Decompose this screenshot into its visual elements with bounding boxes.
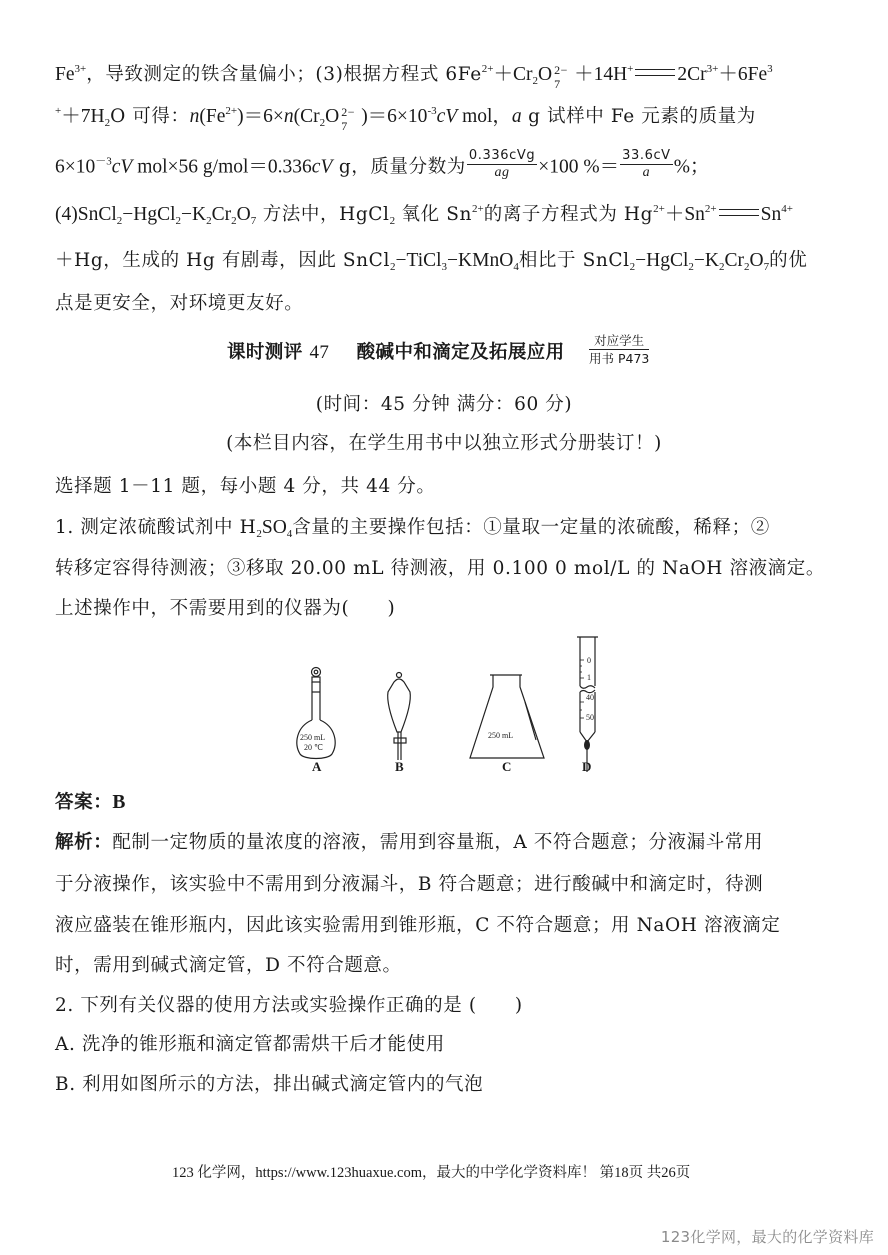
figure-label-b: B [395, 759, 404, 775]
figure-label-d: D [582, 759, 591, 775]
section-title: 课时测评 47 酸碱中和滴定及拓展应用 [227, 341, 565, 365]
continuation-line-3: 6×10－3cV mol×56 g/mol＝0.336cV g，质量分数为0.3… [55, 151, 840, 184]
analysis-line-3: 液应盛装在锥形瓶内，因此该实验需用到锥形瓶，C 不符合题意；用 NaOH 溶液滴… [55, 913, 840, 939]
svg-text:40: 40 [586, 693, 594, 702]
reaction-equals-sign [719, 209, 759, 216]
percent-fraction: 33.6cVa [620, 148, 673, 181]
figure-label-a: A [312, 759, 321, 775]
continuation-line-5: ＋Hg，生成的 Hg 有剧毒，因此 SnCl2−TiCl3−KMnO4相比于 S… [55, 248, 840, 274]
charge-subscript: 2−7 [339, 105, 361, 125]
analysis-line-2: 于分液操作，该实验中不需用到分液漏斗，B 符合题意；进行酸碱中和滴定时，待测 [55, 872, 840, 898]
continuation-line-2: +＋7H2O 可得：n(Fe2+)＝6×n(Cr2O2−7)＝6×10-3cV … [55, 104, 840, 130]
question-2-stem: 2. 下列有关仪器的使用方法或实验操作正确的是 ( ) [55, 993, 840, 1019]
reaction-equals-sign [635, 69, 675, 76]
question-2-option-b: B. 利用如图所示的方法，排出碱式滴定管内的气泡 [55, 1072, 840, 1098]
continuation-line-6: 点是更安全，对环境更友好。 [55, 291, 840, 317]
svg-text:1: 1 [587, 673, 591, 682]
continuation-line-4: (4)SnCl2−HgCl2−K2Cr2O7 方法中，HgCl2 氧化 Sn2+… [55, 202, 840, 228]
student-book-reference: 对应学生 用书 P473 [589, 333, 649, 368]
svg-text:20 ℃: 20 ℃ [304, 743, 323, 752]
analysis-line-4: 时，需用到碱式滴定管，D 不符合题意。 [55, 953, 840, 979]
svg-text:250 mL: 250 mL [488, 731, 513, 740]
watermark: 123化学网，最大的化学资料库 [661, 1226, 874, 1247]
question-1-line-3: 上述操作中，不需要用到的仪器为( ) [55, 596, 840, 622]
continuation-line-1: Fe3+，导致测定的铁含量偏小；(3)根据方程式 6Fe2+＋Cr2O2−7＋1… [55, 62, 840, 88]
charge-subscript: 2−7 [552, 63, 574, 83]
svg-text:0: 0 [587, 656, 591, 665]
binding-note: (本栏目内容，在学生用书中以独立形式分册装订！) [0, 432, 888, 456]
question-2-option-a: A. 洗净的锥形瓶和滴定管都需烘干后才能使用 [55, 1032, 840, 1058]
mass-fraction: 0.336cVgag [467, 148, 537, 181]
question-1-line-2: 转移定容得待测液；③移取 20.00 mL 待测液，用 0.100 0 mol/… [55, 556, 840, 582]
document-page: Fe3+，导致测定的铁含量偏小；(3)根据方程式 6Fe2+＋Cr2O2−7＋1… [0, 0, 888, 1255]
time-info: (时间：45 分钟 满分：60 分) [0, 393, 888, 417]
instructions: 选择题 1－11 题，每小题 4 分，共 44 分。 [55, 474, 840, 500]
question-1-line-1: 1. 测定浓硫酸试剂中 H2SO4含量的主要操作包括：①量取一定量的浓硫酸，稀释… [55, 515, 840, 541]
answer: 答案：B [55, 790, 840, 816]
svg-text:50: 50 [586, 713, 594, 722]
figure-label-c: C [502, 759, 511, 775]
analysis-line-1: 解析：配制一定物质的量浓度的溶液，需用到容量瓶，A 不符合题意；分液漏斗常用 [55, 830, 840, 856]
svg-text:250 mL: 250 mL [300, 733, 325, 742]
apparatus-illustration: 250 mL 20 ℃ 250 mL 0 1 40 50 [290, 632, 610, 782]
apparatus-figure: 250 mL 20 ℃ 250 mL 0 1 40 50 A B C D [290, 632, 610, 782]
page-footer: 123 化学网，https://www.123huaxue.com，最大的中学化… [172, 1161, 690, 1182]
